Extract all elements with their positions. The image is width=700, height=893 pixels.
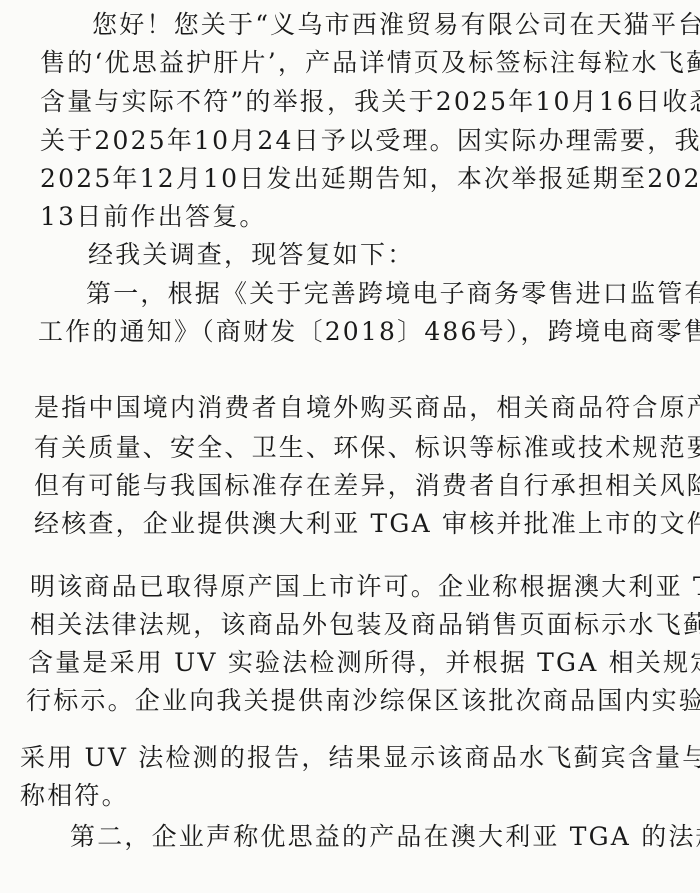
point-one-line-10: 行标示。企业向我关提供南沙综保区该批次商品国内实验室 xyxy=(26,686,658,716)
point-one-line-9: 含量是采用 UV 实验法检测所得，并根据 TGA 相关规定进 xyxy=(28,648,658,678)
point-one-line-4: 有关质量、安全、卫生、环保、标识等标准或技术规范要求， xyxy=(34,433,670,463)
intro-line-1: 您好！您关于“义乌市西淮贸易有限公司在天猫平台销 xyxy=(92,10,660,40)
intro-line-4: 关于2025年10月24日予以受理。因实际办理需要，我关于 xyxy=(40,126,660,156)
point-one-line-5: 但有可能与我国标准存在差异，消费者自行承担相关风险。 xyxy=(34,471,670,501)
point-one-line-11: 采用 UV 法检测的报告，结果显示该商品水飞蓟宾含量与标 xyxy=(20,743,650,773)
point-one-line-2: 工作的通知》（商财发〔2018〕486号），跨境电商零售进口 xyxy=(38,317,658,347)
intro-line-2: 售的‘优思益护肝片’，产品详情页及标签标注每粒水飞蓟宾 xyxy=(40,48,660,78)
intro-line-3: 含量与实际不符”的举报，我关于2025年10月16日收悉。我 xyxy=(40,87,660,117)
point-one-line-12: 称相符。 xyxy=(20,781,640,811)
intro-line-5: 2025年12月10日发出延期告知，本次举报延期至2026年1月 xyxy=(40,164,660,194)
point-one-line-8: 相关法律法规，该商品外包装及商品销售页面标示水飞蓟宾 xyxy=(30,610,660,640)
point-one-line-6: 经核查，企业提供澳大利亚 TGA 审核并批准上市的文件证 xyxy=(34,509,660,539)
intro-line-6: 13日前作出答复。 xyxy=(40,202,660,232)
point-two-line-1: 第二，企业声称优思益的产品在澳大利亚 TGA 的法规 xyxy=(70,822,650,852)
reply-intro-line: 经我关调查，现答复如下： xyxy=(88,240,656,270)
point-one-line-1: 第一，根据《关于完善跨境电子商务零售进口监管有关 xyxy=(86,279,654,309)
point-one-line-7: 明该商品已取得原产国上市许可。企业称根据澳大利亚 TGA xyxy=(30,572,660,602)
document-page: 您好！您关于“义乌市西淮贸易有限公司在天猫平台销 售的‘优思益护肝片’，产品详情… xyxy=(0,0,700,893)
point-one-line-3: 是指中国境内消费者自境外购买商品，相关商品符合原产地 xyxy=(34,393,660,423)
